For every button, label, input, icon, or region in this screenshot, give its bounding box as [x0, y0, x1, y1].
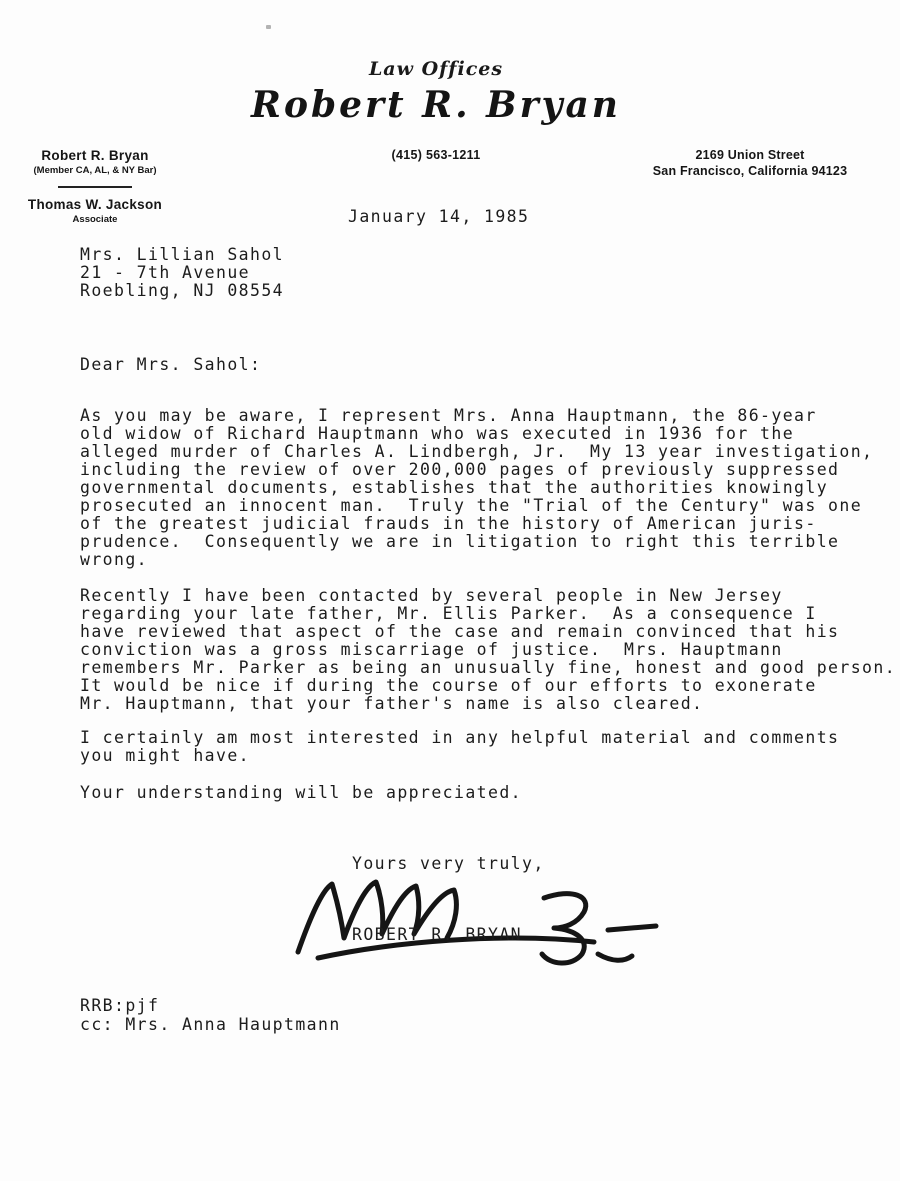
letterhead-firm-name: Robert R. Bryan: [0, 84, 872, 126]
body-paragraph-1: As you may be aware, I represent Mrs. An…: [80, 407, 873, 569]
associate-attorney-name: Thomas W. Jackson: [15, 197, 175, 212]
letterhead-address: 2169 Union Street San Francisco, Califor…: [610, 147, 890, 179]
signer-typed-name: ROBERT R. BRYAN: [352, 926, 522, 944]
salutation: Dear Mrs. Sahol:: [80, 356, 261, 374]
divider-line: [58, 186, 132, 188]
principal-bar-memberships: (Member CA, AL, & NY Bar): [15, 165, 175, 176]
body-paragraph-3: I certainly am most interested in any he…: [80, 729, 839, 765]
letterhead-city: San Francisco, California 94123: [610, 163, 890, 179]
typist-reference-line: RRB:pjf: [80, 997, 159, 1015]
letterhead-office-line: Law Offices: [0, 58, 872, 80]
scanned-letter-page: Law Offices Robert R. Bryan Robert R. Br…: [0, 0, 900, 1181]
handwritten-signature-icon: [292, 870, 664, 966]
letterhead-street: 2169 Union Street: [610, 147, 890, 163]
cc-line: cc: Mrs. Anna Hauptmann: [80, 1016, 341, 1034]
recipient-address-block: Mrs. Lillian Sahol 21 - 7th Avenue Roebl…: [80, 246, 284, 300]
associate-title: Associate: [15, 214, 175, 225]
letter-date: January 14, 1985: [348, 208, 529, 226]
body-paragraph-4: Your understanding will be appreciated.: [80, 784, 522, 802]
body-paragraph-2: Recently I have been contacted by severa…: [80, 587, 896, 713]
scan-artifact-dot: [266, 25, 271, 29]
